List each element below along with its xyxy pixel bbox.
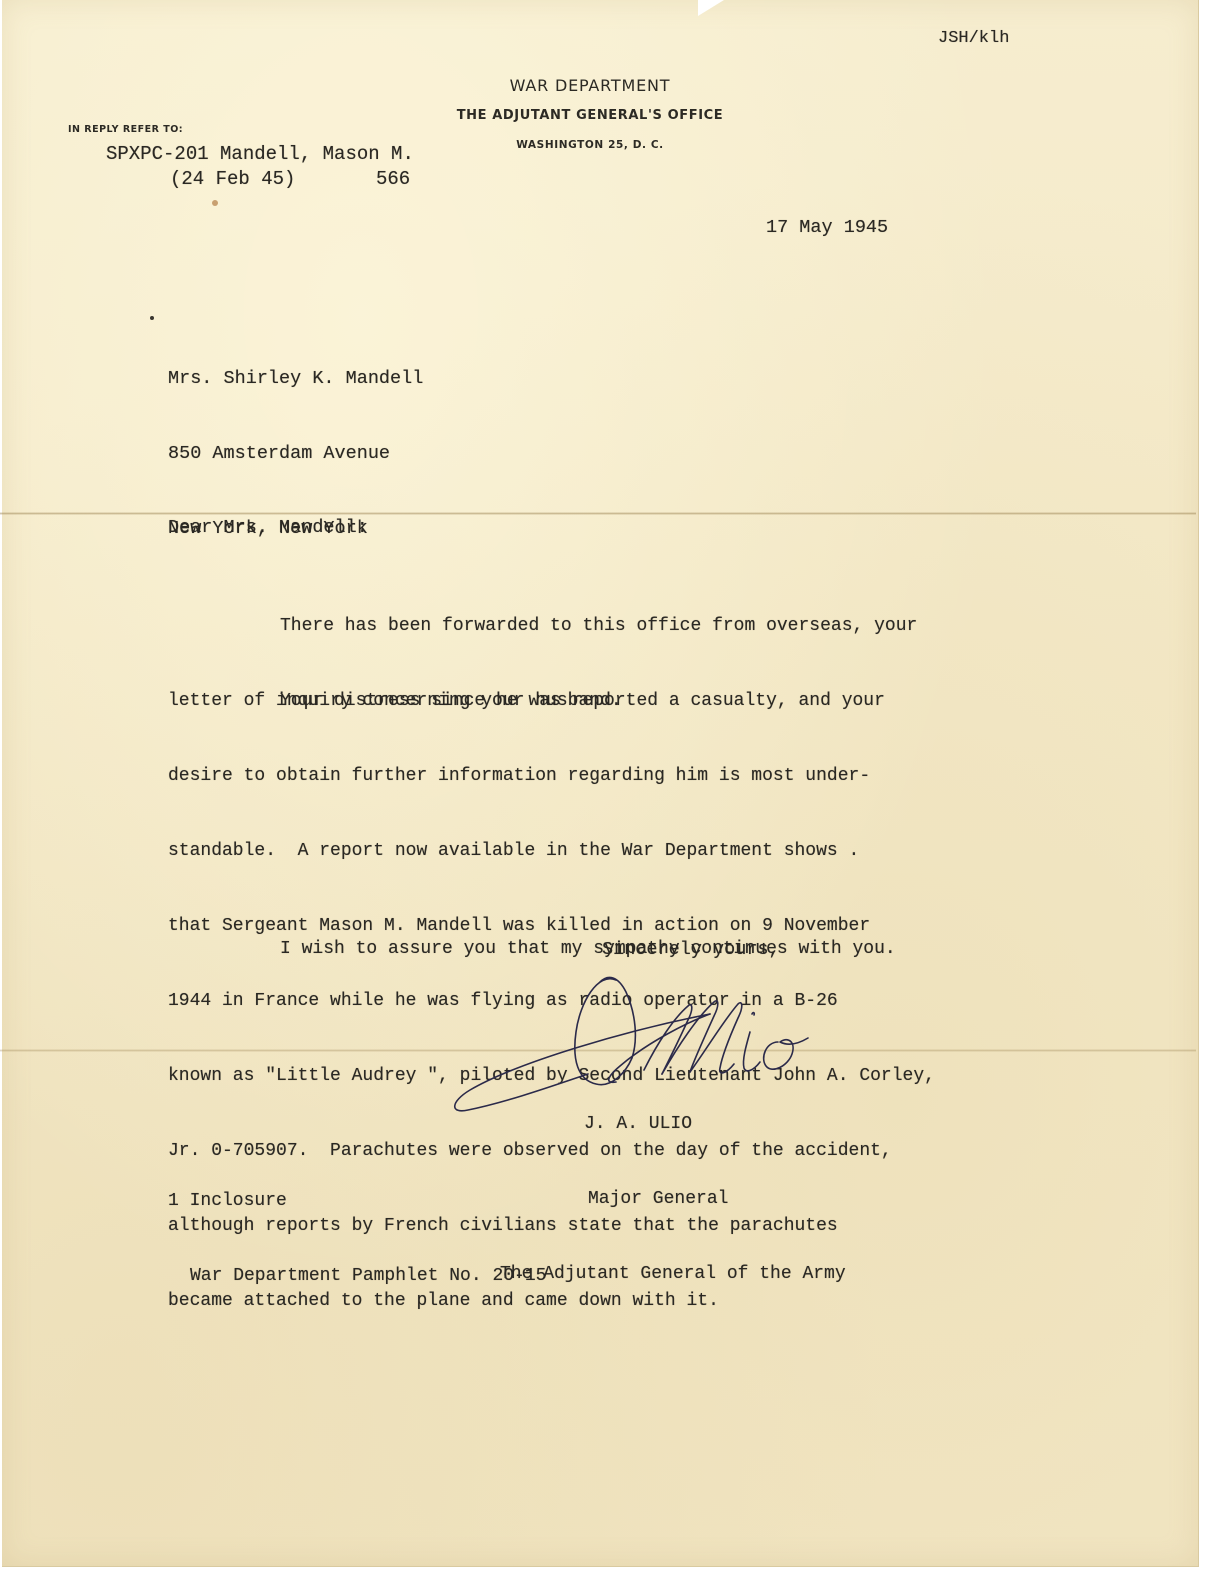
ink-dot bbox=[150, 316, 154, 320]
body-line: I wish to assure you that my sympathy co… bbox=[168, 937, 896, 962]
salutation: Dear Mrs. Mandell: bbox=[168, 515, 368, 540]
signer-name: J. A. ULIO bbox=[500, 1112, 846, 1137]
enclosure-note: 1 Inclosure War Department Pamphlet No. … bbox=[168, 1139, 546, 1314]
signer-rank: Major General bbox=[500, 1187, 846, 1212]
body-line: Your distress since he was reported a ca… bbox=[168, 689, 935, 714]
closing: Sincerely yours, bbox=[602, 937, 780, 962]
enclosure-item: War Department Pamphlet No. 20-15 bbox=[168, 1264, 546, 1289]
recipient-name: Mrs. Shirley K. Mandell bbox=[168, 366, 423, 391]
torn-corner bbox=[698, 0, 724, 16]
recipient-street: 850 Amsterdam Avenue bbox=[168, 441, 423, 466]
reference-date: (24 Feb 45) bbox=[170, 167, 295, 192]
reference-number: 566 bbox=[376, 167, 410, 192]
body-line: desire to obtain further information reg… bbox=[168, 764, 935, 789]
typist-initials: JSH/klh bbox=[938, 26, 1009, 51]
paper-stain bbox=[212, 200, 218, 206]
letterhead-office: THE ADJUTANT GENERAL'S OFFICE bbox=[420, 108, 760, 123]
body-line: There has been forwarded to this office … bbox=[168, 614, 917, 639]
body-line: standable. A report now available in the… bbox=[168, 839, 935, 864]
letter-date: 17 May 1945 bbox=[766, 215, 888, 240]
signer-title: The Adjutant General of the Army bbox=[500, 1262, 846, 1287]
enclosure-count: 1 Inclosure bbox=[168, 1189, 546, 1214]
letterhead-location: WASHINGTON 25, D. C. bbox=[490, 139, 690, 151]
reply-refer-label: IN REPLY REFER TO: bbox=[68, 124, 183, 135]
reference-line: SPXPC-201 Mandell, Mason M. bbox=[106, 142, 414, 167]
signature-block: J. A. ULIO Major General The Adjutant Ge… bbox=[500, 1062, 846, 1312]
letterhead-department: WAR DEPARTMENT bbox=[480, 76, 700, 95]
